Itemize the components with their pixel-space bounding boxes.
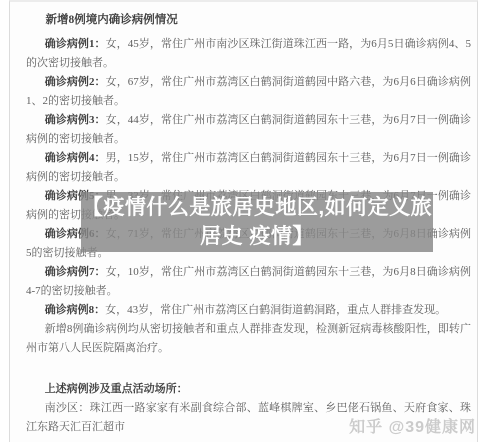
case-label: 确诊病例1： bbox=[45, 38, 106, 50]
case-label: 确诊病例3： bbox=[45, 114, 106, 126]
watermark: 知乎 @39健康网 bbox=[349, 414, 476, 437]
case-paragraph-7: 确诊病例7：女，10岁，常住广州市荔湾区白鹤洞街道鹤园东十三巷，为6月8日确诊病… bbox=[26, 263, 471, 301]
case-paragraph-8: 确诊病例8：女，43岁，常住广州市荔湾区白鹤洞街道鹤洞路，重点人群排查发现。 bbox=[26, 301, 471, 320]
case-paragraph-4: 确诊病例4：男，15岁，常住广州市荔湾区白鹤洞街道鹤园东十三巷，为6月7日一例确… bbox=[26, 149, 471, 187]
case-label: 确诊病例7： bbox=[45, 266, 106, 278]
venues-heading: 上述病例涉及重点活动场所： bbox=[26, 380, 471, 399]
screenshot-root: 新增8例境内确诊病例情况 确诊病例1：女，45岁，常住广州市南沙区珠江街道珠江西… bbox=[0, 0, 500, 442]
overlay-caption-line2: 居史 疫情】 bbox=[81, 222, 433, 251]
case-paragraph-2: 确诊病例2：女，67岁，常住广州市荔湾区白鹤洞街道鹤园中路六巷，为6月6日确诊病… bbox=[26, 73, 471, 111]
overlay-caption: 【疫情什么是旅居史地区,如何定义旅 居史 疫情】 bbox=[81, 192, 433, 252]
case-text: 女，43岁，常住广州市荔湾区白鹤洞街道鹤洞路，重点人群排查发现。 bbox=[105, 304, 446, 316]
section-title: 新增8例境内确诊病例情况 bbox=[26, 11, 471, 30]
case-label: 确诊病例2： bbox=[45, 76, 106, 88]
overlay-caption-line1: 【疫情什么是旅居史地区,如何定义旅 bbox=[81, 193, 433, 222]
case-label: 确诊病例4： bbox=[45, 152, 106, 164]
case-paragraph-1: 确诊病例1：女，45岁，常住广州市南沙区珠江街道珠江西一路，为6月5日确诊病例4… bbox=[26, 35, 471, 73]
case-paragraph-3: 确诊病例3：女，44岁，常住广州市荔湾区白鹤洞街道鹤园东十三巷，为6月7日一例确… bbox=[26, 111, 471, 149]
case-label: 确诊病例8： bbox=[45, 304, 106, 316]
summary-paragraph: 新增8例确诊病例均从密切接触者和重点人群排查发现，检测新冠病毒核酸阳性，即转广州… bbox=[26, 320, 471, 358]
